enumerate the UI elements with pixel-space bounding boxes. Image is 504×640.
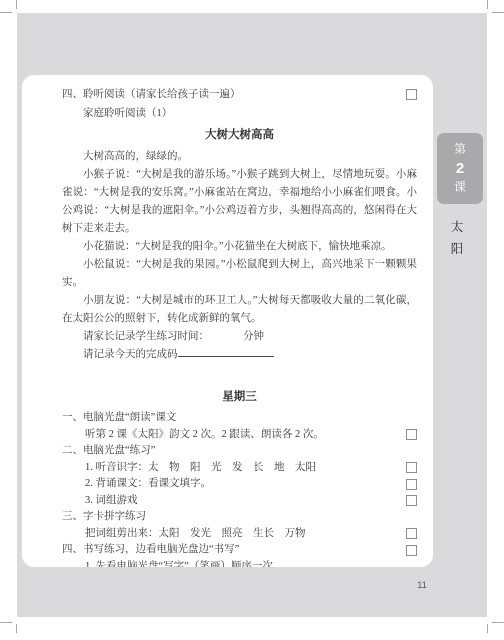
task-row: 四、书写练习，边看电脑光盘边“书写” (62, 542, 417, 559)
page-canvas: 四、聆听阅读（请家长给孩子读一遍） 家庭聆听阅读（1） 大树大树高高 大树高高的… (0, 0, 504, 640)
task-text: 1. 先看电脑光盘“写字”（笔画）顺序一次 (85, 559, 273, 568)
task-row: 听第 2 课《太阳》韵文 2 次。2 跟读、朗读各 2 次。 (62, 427, 417, 444)
record-code-label: 请记录今天的完成码 (83, 349, 178, 360)
story-paragraph: 小松鼠说：“大树是我的果园。”小松鼠爬到大树上，高兴地采下一颗颗果实。 (62, 256, 417, 292)
task-row: 三、字卡拼字练习 (62, 509, 417, 526)
checkbox[interactable] (406, 479, 417, 490)
task-text: 三、字卡拼字练习 (62, 509, 146, 526)
task-row: 1. 听音识字：太 物 阳 光 发 长 地 太阳 (62, 460, 417, 477)
task-row: 把词组剪出来：太阳 发光 照亮 生长 万物 (62, 526, 417, 543)
crop-mark (487, 624, 488, 633)
lesson-tab: 第 2 课 (437, 133, 483, 204)
task-list: 一、电脑光盘“朗读”课文 听第 2 课《太阳》韵文 2 次。2 跟读、朗读各 2… (62, 410, 417, 567)
task-row: 二、电脑光盘“练习” (62, 443, 417, 460)
lesson-name-char: 太 (451, 216, 464, 238)
task-text: 1. 听音识字：太 物 阳 光 发 长 地 太阳 (85, 460, 316, 477)
story-paragraph: 大树高高的，绿绿的。 (62, 148, 417, 166)
task-row: 1. 先看电脑光盘“写字”（笔画）顺序一次 (62, 559, 417, 568)
record-time-unit: 分钟 (243, 331, 264, 342)
story-title: 大树大树高高 (62, 125, 417, 145)
task-text: 3. 词组游戏 (85, 493, 138, 510)
checkbox[interactable] (406, 429, 417, 440)
crop-mark (0, 622, 12, 623)
story-paragraph: 小花猫说：“大树是我的阳伞。”小花猫坐在大树底下，愉快地乘凉。 (62, 238, 417, 256)
checkbox[interactable] (406, 545, 417, 556)
task-row: 一、电脑光盘“朗读”课文 (62, 410, 417, 427)
lesson-name: 太 阳 (437, 216, 477, 260)
story-paragraph: 小朋友说：“大树是城市的环卫工人。”大树每天都吸收大量的二氧化碳，在太阳公公的照… (62, 292, 417, 328)
crop-mark (16, 0, 17, 9)
task-row: 2. 背诵课文：看课文填字。 (62, 476, 417, 493)
checkbox[interactable] (406, 89, 417, 100)
checkbox[interactable] (406, 528, 417, 539)
lesson-name-char: 阳 (451, 238, 464, 260)
crop-mark (16, 624, 17, 633)
story-paragraph: 小猴子说：“大树是我的游乐场。”小猴子跳到大树上，尽情地玩耍。小麻雀说：“大树是… (62, 166, 417, 238)
listening-subheading: 家庭聆听阅读（1） (83, 105, 417, 123)
crop-mark (492, 622, 504, 623)
checkbox[interactable] (406, 462, 417, 473)
crop-mark (0, 12, 12, 13)
story-body: 大树高高的，绿绿的。 小猴子说：“大树是我的游乐场。”小猴子跳到大树上，尽情地玩… (62, 148, 417, 328)
record-code-line: 请记录今天的完成码 (62, 346, 417, 364)
checkbox[interactable] (406, 495, 417, 506)
crop-mark (487, 0, 488, 9)
task-text: 2. 背诵课文：看课文填字。 (85, 476, 211, 493)
record-time-label: 请家长记录学生练习时间： (83, 331, 209, 342)
content-panel: 四、聆听阅读（请家长给孩子读一遍） 家庭聆听阅读（1） 大树大树高高 大树高高的… (22, 75, 433, 567)
printed-page: 四、聆听阅读（请家长给孩子读一遍） 家庭聆听阅读（1） 大树大树高高 大树高高的… (17, 13, 487, 617)
task-text: 听第 2 课《太阳》韵文 2 次。2 跟读、朗读各 2 次。 (85, 427, 324, 444)
task-text: 把词组剪出来：太阳 发光 照亮 生长 万物 (85, 526, 306, 543)
lesson-tab-number: 2 (456, 159, 464, 178)
day-title: 星期三 (62, 388, 417, 406)
lesson-tab-prefix: 第 (454, 140, 466, 159)
completion-code-blank (178, 346, 274, 357)
task-text: 二、电脑光盘“练习” (62, 443, 155, 460)
task-text: 四、书写练习，边看电脑光盘边“书写” (62, 542, 239, 559)
crop-mark (492, 12, 504, 13)
record-time-line: 请家长记录学生练习时间：分钟 (62, 328, 417, 346)
listening-section-heading: 四、聆听阅读（请家长给孩子读一遍） (62, 87, 241, 102)
task-row: 3. 词组游戏 (62, 493, 417, 510)
page-number: 11 (407, 580, 437, 591)
listening-section-heading-row: 四、聆听阅读（请家长给孩子读一遍） (62, 87, 417, 102)
lesson-tab-suffix: 课 (454, 178, 466, 197)
task-text: 一、电脑光盘“朗读”课文 (62, 410, 176, 427)
